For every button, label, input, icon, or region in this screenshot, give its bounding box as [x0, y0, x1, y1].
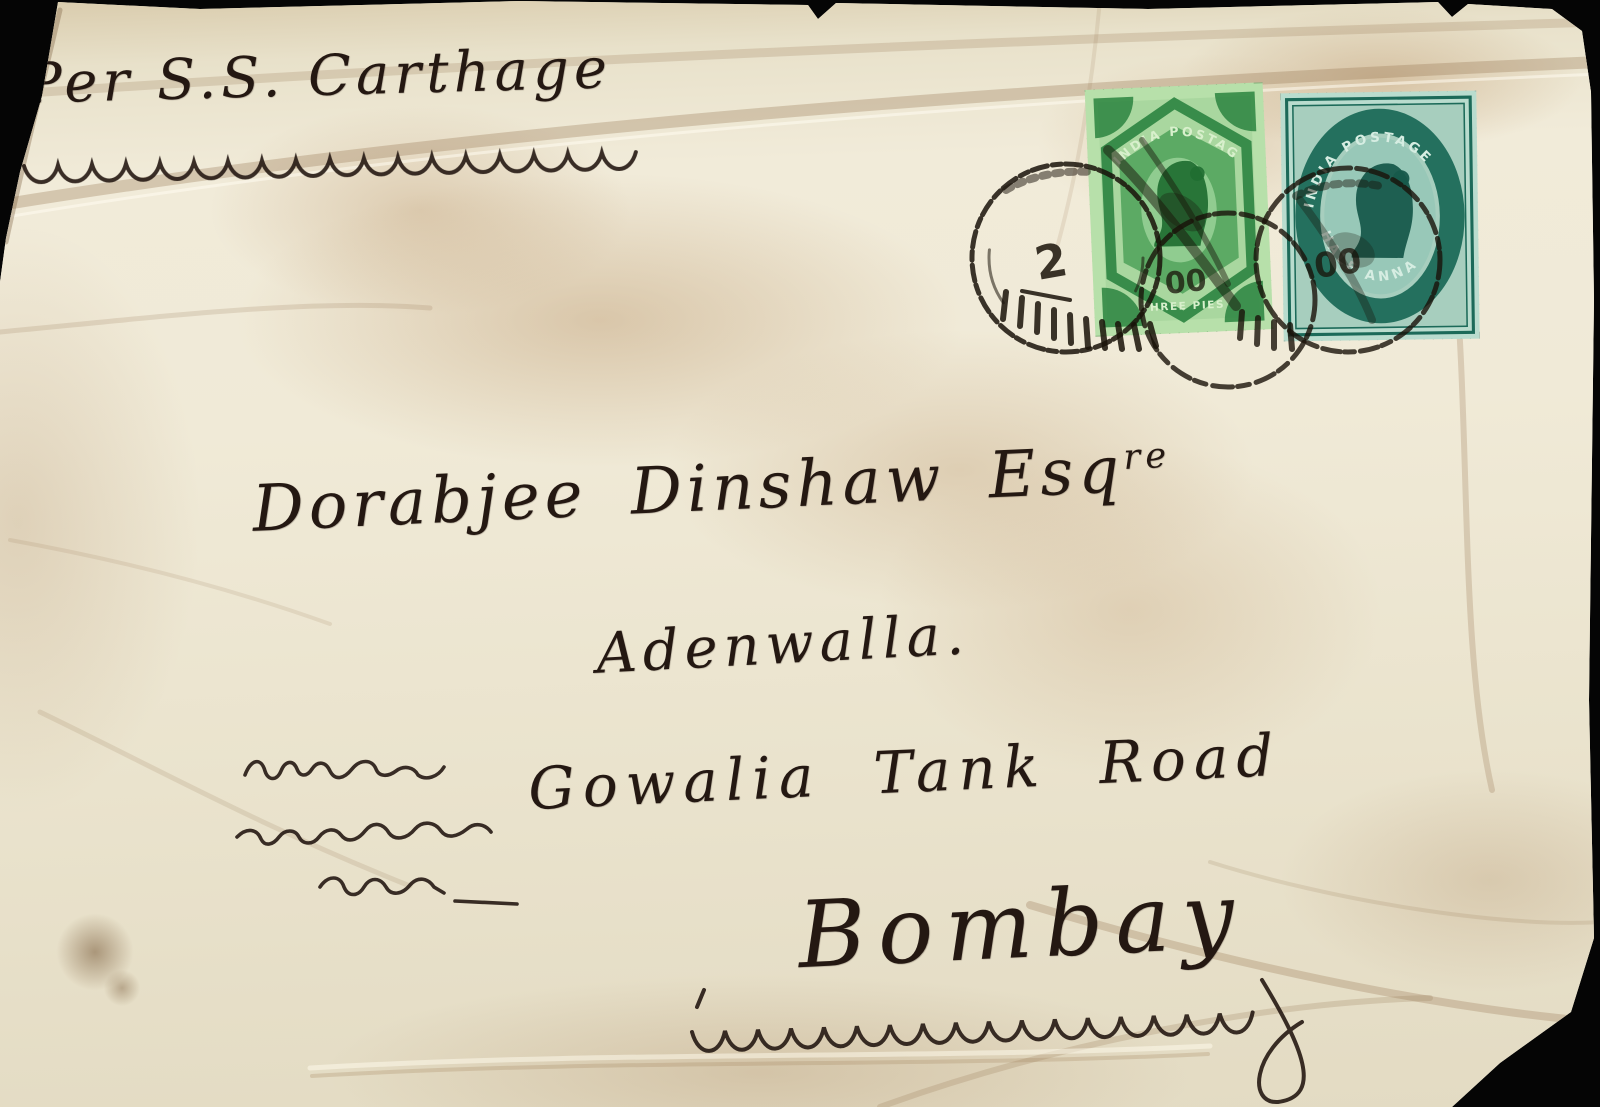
vernacular-inscription	[237, 762, 517, 905]
honorific-superscript: re	[1122, 435, 1171, 478]
postmark-day-numeral: 2	[1031, 232, 1072, 291]
postage-stamp-half-anna: INDIA POSTAGE HALF ANNA	[1280, 91, 1479, 342]
photo-backdrop: Per S.S. Carthage Dorabjee Dinshaw Esqre…	[0, 0, 1600, 1107]
route-underline-flourish	[24, 152, 636, 182]
address-line-surname: Adenwalla.	[595, 602, 972, 686]
route-note: Per S.S. Carthage	[23, 36, 612, 116]
envelope: Per S.S. Carthage Dorabjee Dinshaw Esqre…	[0, 0, 1600, 1107]
address-recipient-line: Dorabjee Dinshaw Esqre	[251, 431, 1173, 547]
address-line-city: Bombay	[796, 862, 1248, 989]
postage-stamp-three-pies: INDIA POSTAGE THREE PIES	[1085, 82, 1274, 337]
honorific: Esq	[987, 433, 1126, 513]
address-line-street: Gowalia Tank Road	[527, 721, 1283, 823]
bombay-underline-flourish	[692, 1012, 1253, 1051]
bombay-tick	[697, 990, 704, 1007]
recipient-name: Dorabjee Dinshaw	[251, 441, 947, 546]
bombay-tail-flourish	[1259, 980, 1304, 1102]
